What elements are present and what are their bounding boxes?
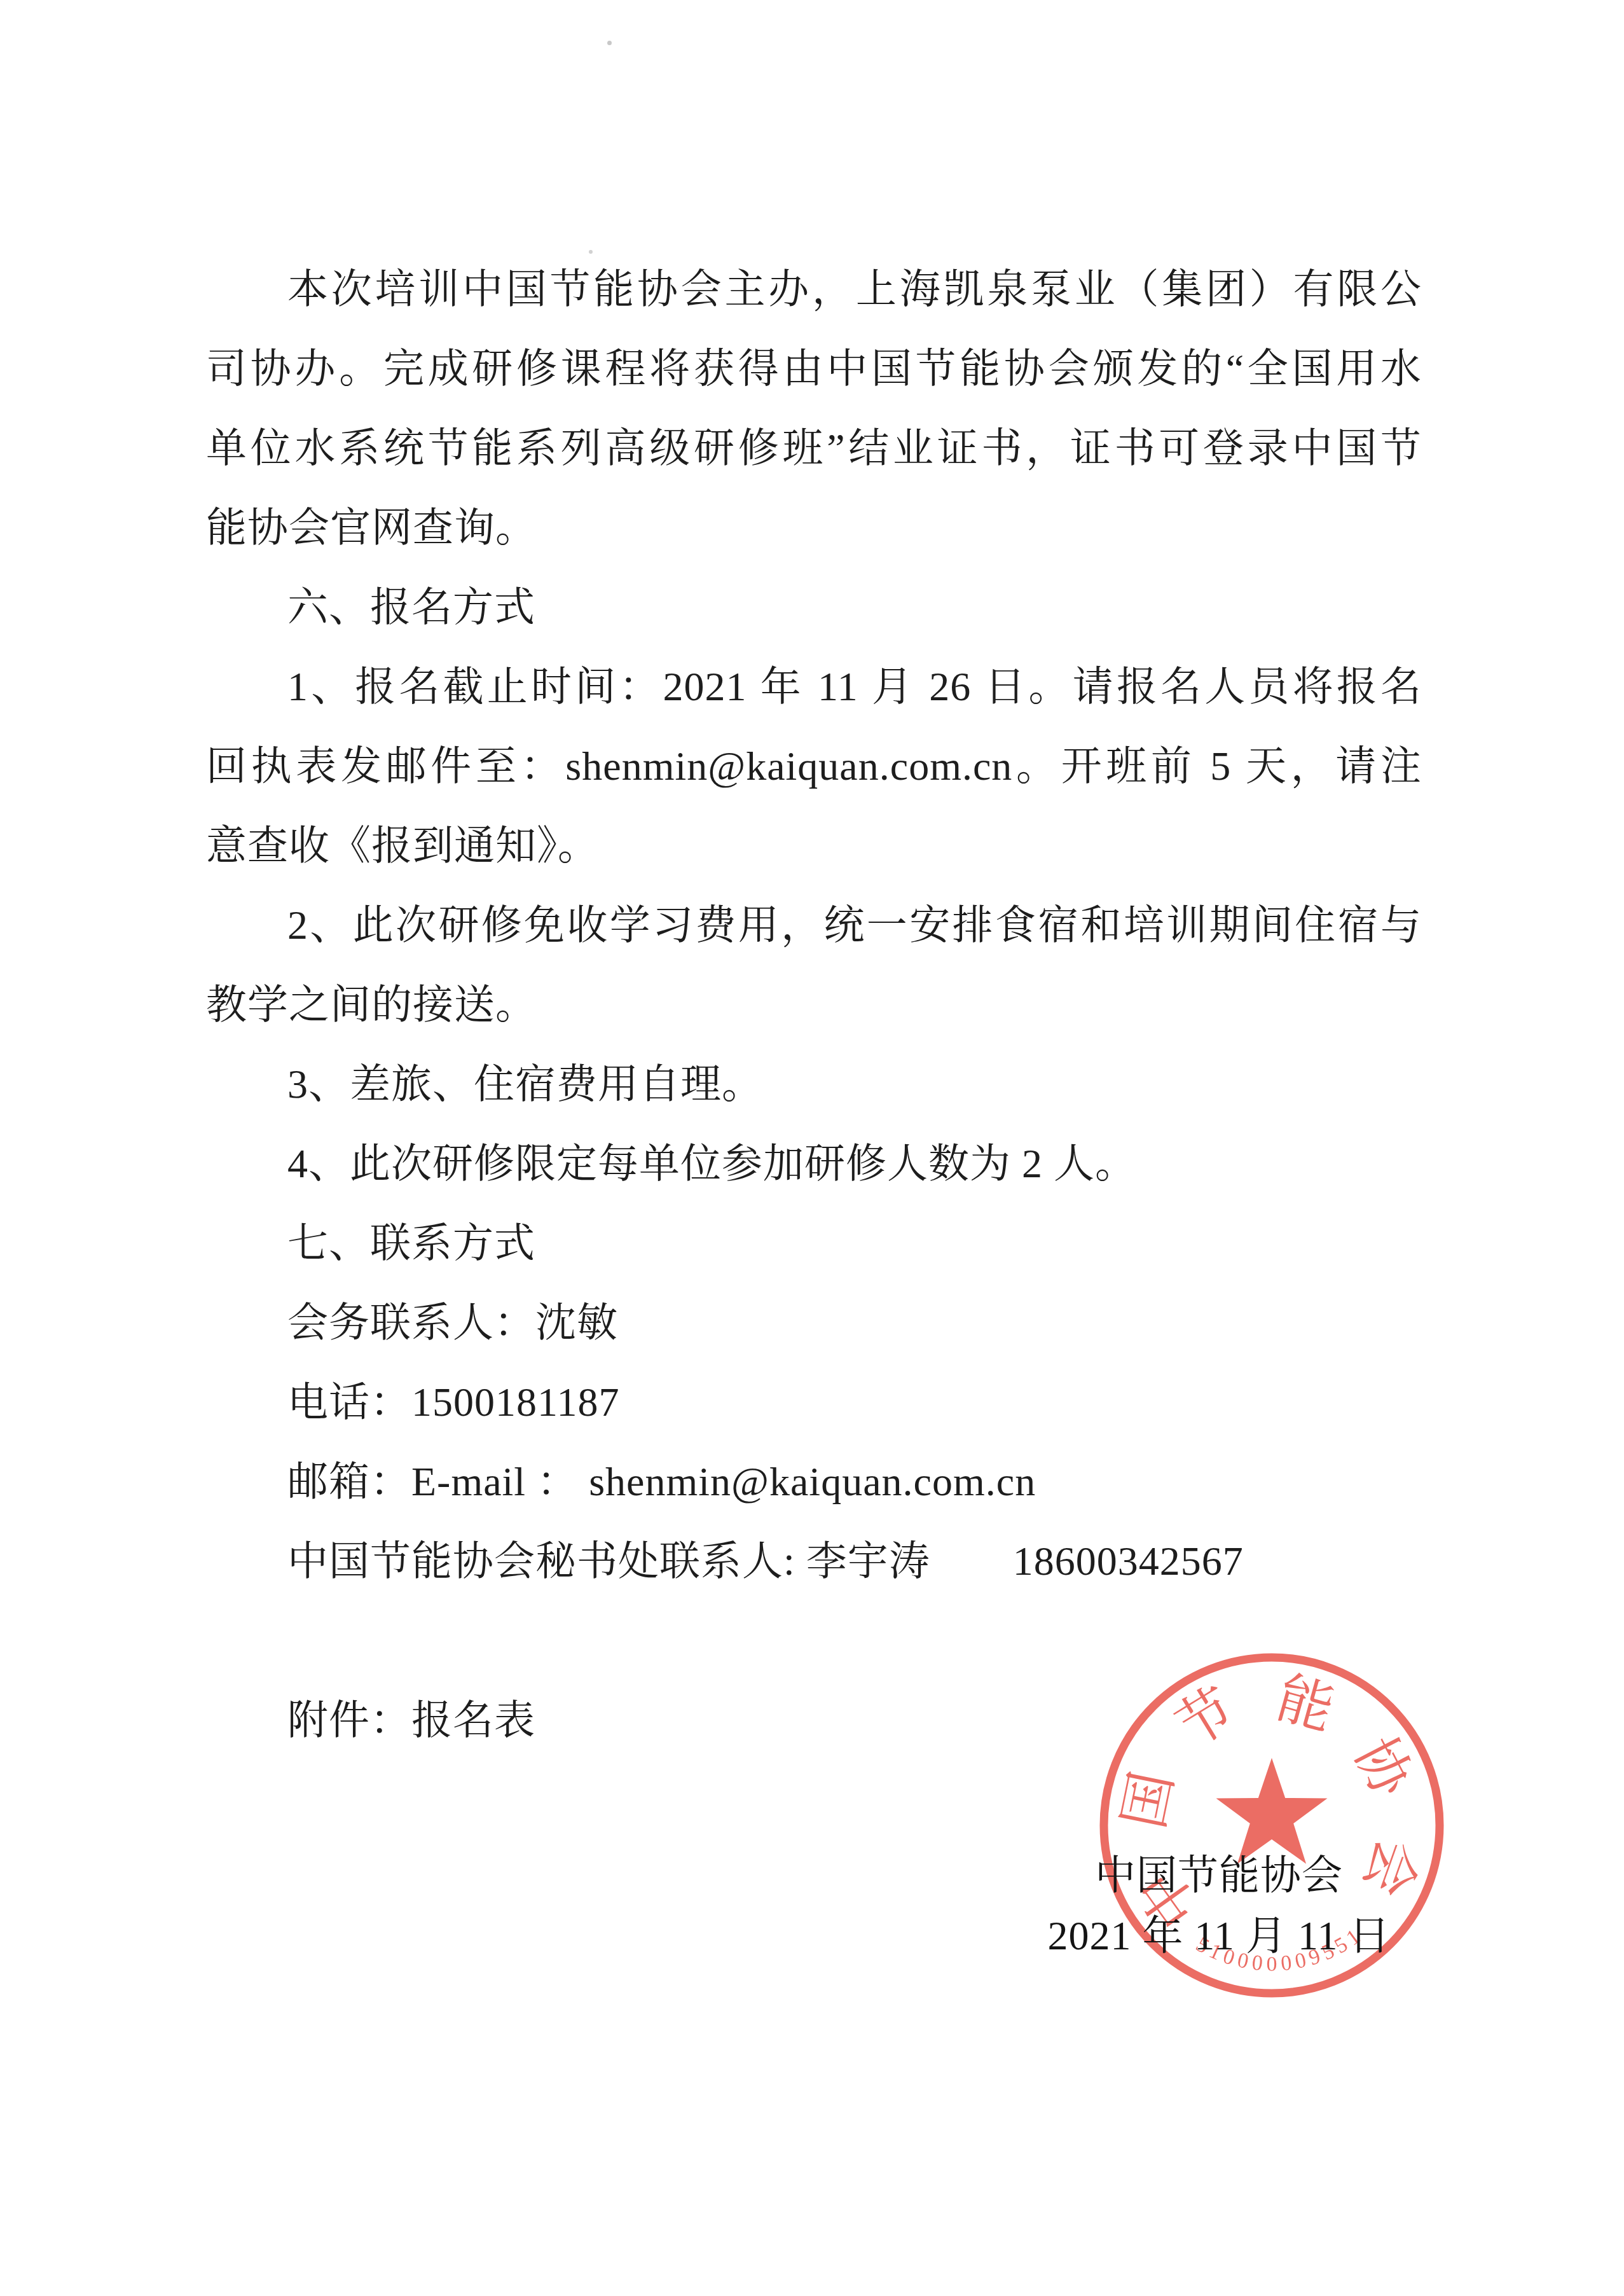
document-body: 本次培训中国节能协会主办，上海凯泉泵业（集团）有限公司协办。完成研修课程将获得由… (206, 249, 1422, 1760)
document-line: 1、报名截止时间：2021 年 11 月 26 日。请报名人员将报名 (206, 647, 1422, 726)
document-line: 电话：1500181187 (206, 1362, 1422, 1442)
document-line: 单位水系统节能系列高级研修班”结业证书，证书可登录中国节 (206, 408, 1422, 488)
document-line: 2、此次研修免收学习费用，统一安排食宿和培训期间住宿与 (206, 885, 1422, 965)
seal-arc-char: 国 (1113, 1767, 1185, 1834)
document-line: 回执表发邮件至：shenmin@kaiquan.com.cn。开班前 5 天，请… (206, 726, 1422, 806)
document-line: 4、此次研修限定每单位参加研修人数为 2 人。 (206, 1124, 1422, 1203)
document-line: 中国节能协会秘书处联系人: 李宇涛 18600342567 (206, 1521, 1422, 1601)
document-line: 本次培训中国节能协会主办，上海凯泉泵业（集团）有限公 (206, 249, 1422, 329)
document-line: 会务联系人：沈敏 (206, 1283, 1422, 1362)
document-line: 六、报名方式 (206, 567, 1422, 647)
signature-date: 2021 年 11 月 11 日 (1019, 1905, 1419, 1966)
signature-block: 中国节能协会 2021 年 11 月 11 日 (1019, 1845, 1419, 1966)
document-line: 司协办。完成研修课程将获得由中国节能协会颁发的“全国用水 (206, 329, 1422, 408)
scan-speck (607, 41, 612, 45)
document-line: 邮箱：E-mail ： shenmin@kaiquan.com.cn (206, 1442, 1422, 1521)
document-line: 七、联系方式 (206, 1203, 1422, 1283)
document-line: 意查收《报到通知》。 (206, 806, 1422, 885)
seal-arc-char: 能 (1270, 1668, 1340, 1742)
document-line: 3、差旅、住宿费用自理。 (206, 1044, 1422, 1124)
document-line: 教学之间的接送。 (206, 965, 1422, 1044)
document-line: 能协会官网查询。 (206, 488, 1422, 567)
signature-org: 中国节能协会 (1019, 1845, 1419, 1905)
